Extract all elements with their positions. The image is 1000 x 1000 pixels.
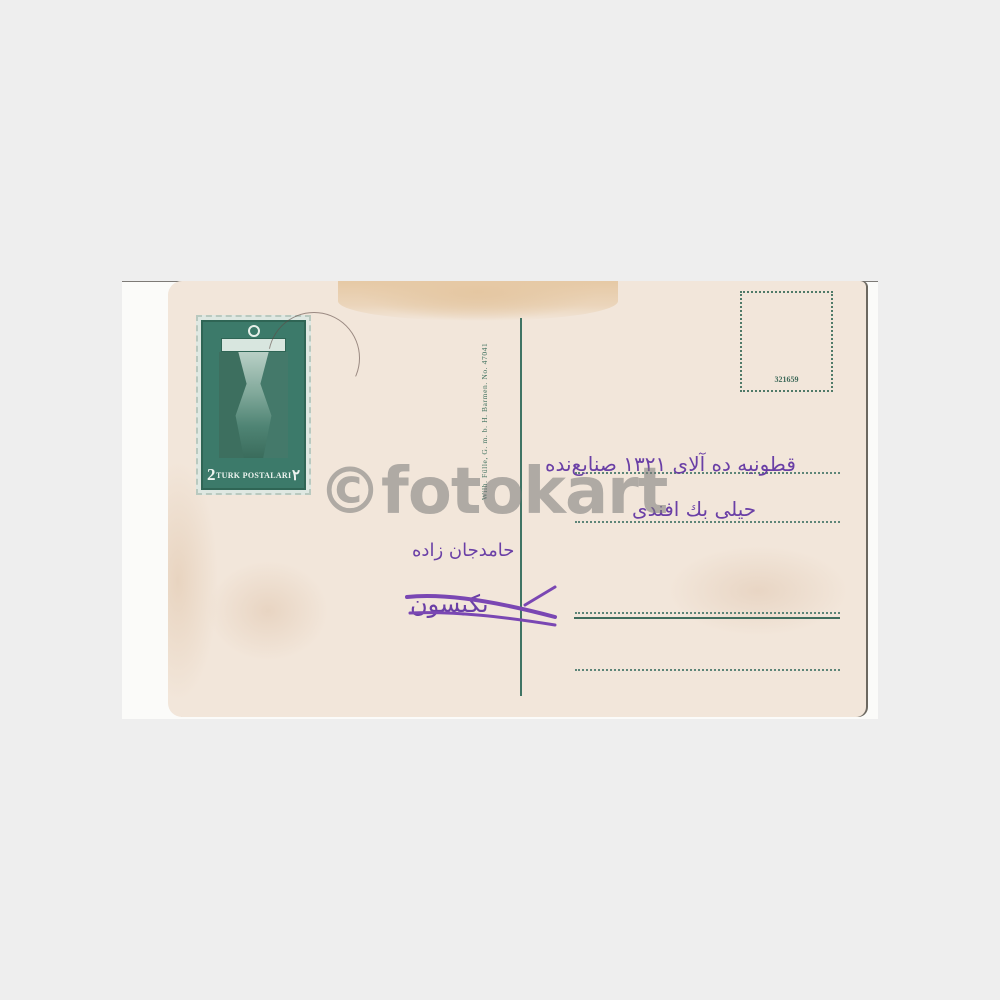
water-stain — [338, 281, 618, 321]
address-line-3 — [575, 612, 840, 614]
address-line-4 — [575, 669, 840, 671]
cliff-left — [219, 352, 247, 458]
stamp-bottom-band: 2 TURK POSTALARI ٢ — [203, 462, 304, 488]
stamp-placement-box: 321659 — [740, 291, 833, 392]
watermark: ©fotokart — [318, 460, 667, 524]
card-serial-number: 321659 — [742, 375, 831, 384]
handwritten-sender-line-1: حامدجان زاده — [412, 540, 514, 561]
stamp-country-label: TURK POSTALARI — [216, 471, 291, 480]
address-underline-solid — [574, 617, 840, 619]
cliff-right — [260, 352, 288, 458]
stamp-value-latin: 2 — [207, 465, 216, 485]
crescent-icon — [248, 325, 260, 337]
stamp-gorge-scene — [219, 352, 288, 458]
stamp-value-arabic: ٢ — [292, 466, 300, 485]
signature-flourish-icon — [405, 585, 560, 635]
